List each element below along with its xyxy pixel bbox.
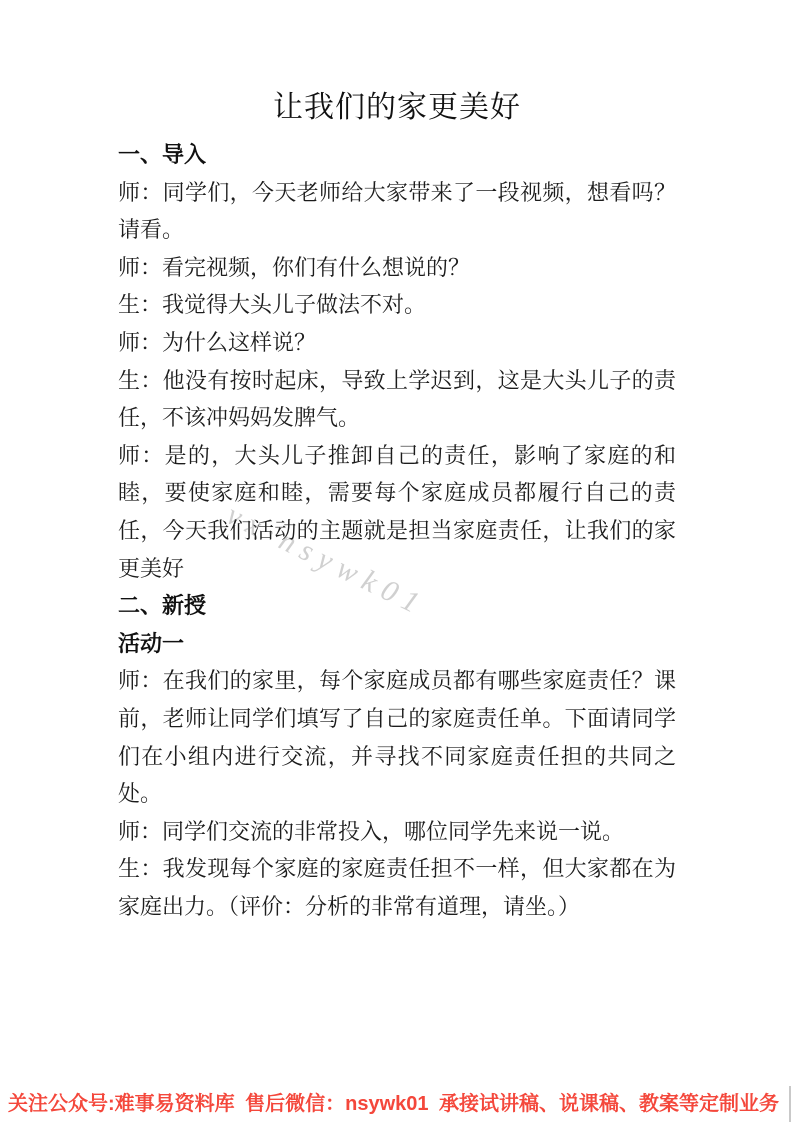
footer-wechat-contact: 售后微信：nsywk01 <box>245 1087 428 1116</box>
dialogue-line: 师：看完视频，你们有什么想说的？ <box>118 249 676 287</box>
document-content: 让我们的家更美好 一、导入 师：同学们，今天老师给大家带来了一段视频，想看吗？请… <box>118 86 676 925</box>
dialogue-line: 师：为什么这样说？ <box>118 324 676 362</box>
footer-services: 承接试讲稿、说课稿、教案等定制业务 <box>439 1087 779 1116</box>
activity-heading: 活动一 <box>118 625 676 663</box>
dialogue-line: 生：我觉得大头儿子做法不对。 <box>118 286 676 324</box>
dialogue-line: 师：同学们，今天老师给大家带来了一段视频，想看吗？请看。 <box>118 174 676 249</box>
footer-public-account: 关注公众号:难事易资料库 <box>8 1087 235 1116</box>
section-heading: 二、新授 <box>118 587 676 625</box>
dialogue-line: 生：我发现每个家庭的家庭责任担不一样，但大家都在为家庭出力。（评价：分析的非常有… <box>118 850 676 925</box>
document-page: 让我们的家更美好 一、导入 师：同学们，今天老师给大家带来了一段视频，想看吗？请… <box>0 0 793 1122</box>
dialogue-line: 生：他没有按时起床，导致上学迟到，这是大头儿子的责任，不该冲妈妈发脾气。 <box>118 362 676 437</box>
dialogue-line: 师：在我们的家里，每个家庭成员都有哪些家庭责任？课前，老师让同学们填写了自己的家… <box>118 662 676 812</box>
section-heading: 一、导入 <box>118 136 676 174</box>
footer-banner: 关注公众号:难事易资料库 售后微信：nsywk01 承接试讲稿、说课稿、教案等定… <box>0 1087 793 1116</box>
dialogue-line: 师：是的，大头儿子推卸自己的责任，影响了家庭的和睦，要使家庭和睦，需要每个家庭成… <box>118 437 676 587</box>
dialogue-line: 师：同学们交流的非常投入，哪位同学先来说一说。 <box>118 813 676 851</box>
page-edge-artifact <box>789 1086 791 1122</box>
page-title: 让我们的家更美好 <box>118 86 676 130</box>
